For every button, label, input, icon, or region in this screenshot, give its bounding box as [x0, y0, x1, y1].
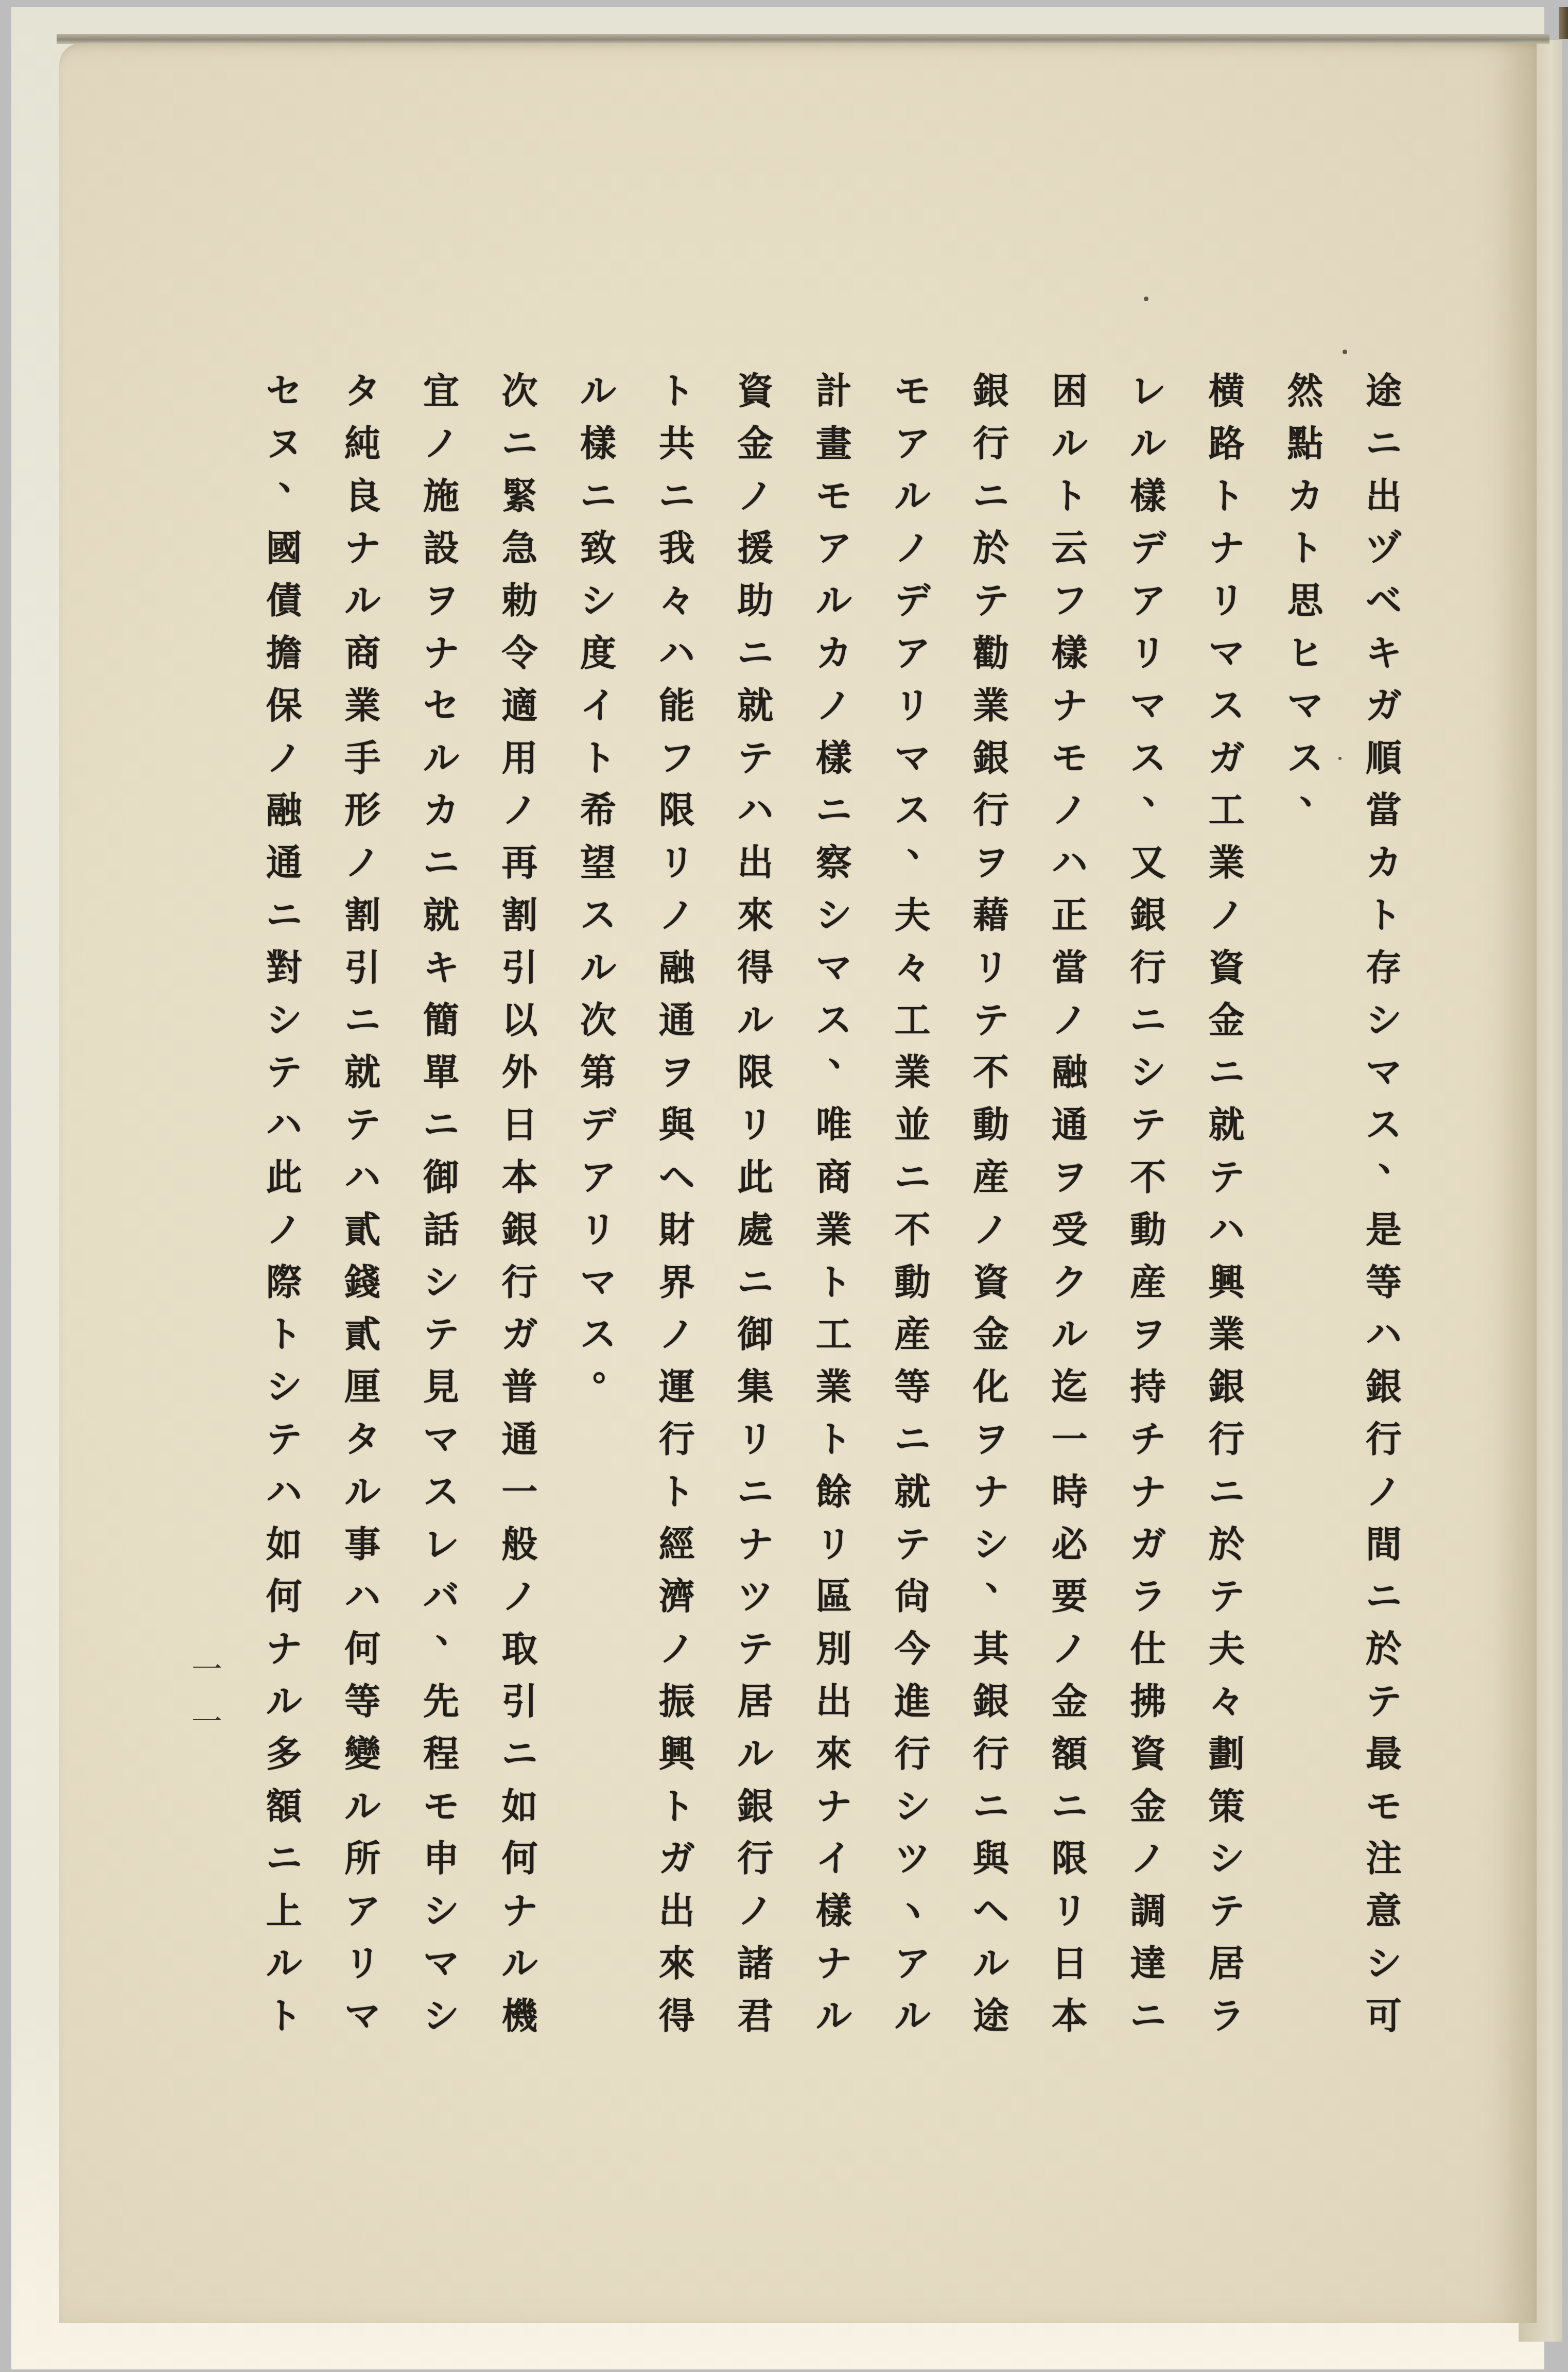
glyph: 機: [499, 1990, 540, 2043]
glyph: ル: [735, 995, 776, 1047]
glyph: 銀: [970, 366, 1012, 418]
glyph: 路: [1206, 418, 1247, 471]
glyph: ヽ: [892, 1885, 933, 1938]
glyph: 所: [342, 1833, 383, 1885]
glyph: 、: [276, 451, 317, 504]
glyph: 純: [342, 418, 383, 471]
glyph: ノ: [264, 1204, 305, 1257]
glyph: テ: [892, 1519, 933, 1571]
glyph: 金: [970, 1309, 1012, 1361]
glyph: ト: [656, 366, 698, 418]
glyph: 限: [656, 785, 698, 837]
glyph: 調: [1127, 1885, 1169, 1938]
glyph: 點: [1284, 418, 1326, 471]
glyph: 々: [892, 942, 933, 995]
glyph: ニ: [499, 418, 540, 471]
glyph: マ: [1127, 680, 1169, 733]
glyph: ル: [1127, 418, 1169, 471]
glyph: 何: [499, 1833, 540, 1885]
glyph: 樣: [813, 1885, 855, 1938]
glyph: シ: [1127, 1047, 1169, 1099]
glyph: ハ: [264, 1466, 305, 1519]
glyph: テ: [735, 733, 776, 785]
glyph: 割: [499, 890, 540, 942]
binding-corner: [1559, 7, 1568, 39]
glyph: 第: [578, 1047, 619, 1099]
glyph: 。: [590, 1342, 631, 1394]
glyph: ハ: [1049, 837, 1090, 890]
glyph: 御: [421, 1152, 462, 1204]
glyph: 當: [1049, 942, 1090, 995]
glyph: 然: [1284, 366, 1326, 418]
glyph: 動: [1127, 1204, 1169, 1257]
glyph: ノ: [264, 733, 305, 785]
glyph: 金: [1206, 995, 1247, 1047]
glyph: ル: [735, 1728, 776, 1781]
glyph: 今: [892, 1623, 933, 1676]
glyph: 際: [264, 1257, 305, 1309]
glyph: 間: [1363, 1519, 1404, 1571]
text-column-11: ル樣ニ致シ度イト希望スル次第デアリマス。: [578, 366, 619, 1414]
glyph: ノ: [421, 418, 462, 471]
glyph: ハ: [735, 785, 776, 837]
glyph: 不: [892, 1204, 933, 1257]
glyph: ニ: [264, 1833, 305, 1885]
glyph: シ: [892, 1781, 933, 1833]
glyph: 業: [342, 680, 383, 733]
glyph: ヲ: [1049, 1152, 1090, 1204]
text-column-9: 資金ノ援助ニ就テハ出來得ル限リ此處ニ御集リニナツテ居ル銀行ノ諸君: [735, 366, 776, 2043]
glyph: 取: [499, 1623, 540, 1676]
glyph: リ: [342, 1938, 383, 1990]
glyph: 工: [813, 1309, 855, 1361]
glyph: 興: [1206, 1257, 1247, 1309]
glyph: 何: [342, 1623, 383, 1676]
glyph: 樣: [813, 733, 855, 785]
glyph: 存: [1363, 942, 1404, 995]
glyph: ル: [264, 1938, 305, 1990]
glyph: 財: [656, 1204, 698, 1257]
glyph: 進: [892, 1676, 933, 1728]
glyph: イ: [578, 680, 619, 733]
glyph: 就: [1206, 1099, 1247, 1152]
glyph: テ: [970, 575, 1012, 628]
glyph: 國: [264, 523, 305, 575]
glyph: ハ: [1363, 1309, 1404, 1361]
glyph: ニ: [1363, 1571, 1404, 1623]
glyph: ス: [1206, 680, 1247, 733]
glyph: 通: [656, 995, 698, 1047]
glyph: タ: [342, 1414, 383, 1466]
glyph: 當: [1363, 785, 1404, 837]
glyph: 就: [421, 890, 462, 942]
glyph: 、: [904, 818, 945, 870]
glyph: 出: [1363, 471, 1404, 523]
glyph: 保: [264, 680, 305, 733]
glyph: ナ: [1049, 680, 1090, 733]
glyph: ベ: [1363, 575, 1404, 628]
glyph: ス: [421, 1466, 462, 1519]
glyph: ニ: [892, 1152, 933, 1204]
glyph: ハ: [342, 1571, 383, 1623]
glyph: 來: [656, 1938, 698, 1990]
glyph: 資: [1127, 1728, 1169, 1781]
glyph: 産: [970, 1152, 1012, 1204]
glyph: ナ: [499, 1885, 540, 1938]
glyph: ノ: [342, 837, 383, 890]
glyph: マ: [892, 733, 933, 785]
glyph: 普: [499, 1361, 540, 1414]
glyph: モ: [1363, 1781, 1404, 1833]
text-column-8: 計畫モアルカノ樣ニ察シマス、唯商業ト工業ト餘リ區別出來ナイ樣ナル: [813, 366, 855, 2043]
glyph: 商: [813, 1152, 855, 1204]
glyph: 業: [813, 1204, 855, 1257]
glyph: ニ: [421, 837, 462, 890]
glyph: ハ: [656, 628, 698, 680]
glyph: 希: [578, 785, 619, 837]
glyph: テ: [421, 1309, 462, 1361]
glyph: 居: [1206, 1938, 1247, 1990]
glyph: ニ: [892, 1414, 933, 1466]
glyph: 先: [421, 1676, 462, 1728]
glyph: 集: [735, 1361, 776, 1414]
glyph: 就: [892, 1466, 933, 1519]
glyph: シ: [421, 1885, 462, 1938]
glyph: 金: [1049, 1676, 1090, 1728]
glyph: 來: [735, 890, 776, 942]
glyph: 等: [1363, 1257, 1404, 1309]
glyph: ア: [892, 1938, 933, 1990]
glyph: ア: [892, 628, 933, 680]
glyph: ト: [1206, 471, 1247, 523]
glyph: ト: [264, 1990, 305, 2043]
glyph: 引: [499, 942, 540, 995]
glyph: 出: [735, 837, 776, 890]
glyph: 唯: [813, 1099, 855, 1152]
glyph: リ: [656, 837, 698, 890]
glyph: 行: [1363, 1414, 1404, 1466]
glyph: 商: [342, 628, 383, 680]
glyph: ヲ: [970, 1414, 1012, 1466]
glyph: 上: [264, 1885, 305, 1938]
glyph: 不: [1127, 1152, 1169, 1204]
glyph: 此: [735, 1152, 776, 1204]
glyph: 振: [656, 1676, 698, 1728]
glyph: 藉: [970, 890, 1012, 942]
glyph: 劃: [1206, 1728, 1247, 1781]
glyph: ニ: [1127, 995, 1169, 1047]
glyph: ナ: [970, 1466, 1012, 1519]
glyph: 設: [421, 523, 462, 575]
glyph: ニ: [1206, 1047, 1247, 1099]
glyph: 諸: [735, 1938, 776, 1990]
glyph: イ: [813, 1833, 855, 1885]
glyph: 等: [342, 1676, 383, 1728]
glyph: フ: [656, 733, 698, 785]
glyph: ア: [342, 1885, 383, 1938]
glyph: 業: [1206, 1309, 1247, 1361]
glyph: 來: [813, 1728, 855, 1781]
glyph: ル: [342, 575, 383, 628]
glyph: 意: [1363, 1885, 1404, 1938]
glyph: 宜: [421, 366, 462, 418]
glyph: ニ: [970, 471, 1012, 523]
glyph: 、: [826, 1027, 867, 1080]
glyph: マ: [1284, 680, 1326, 733]
glyph: セ: [421, 680, 462, 733]
glyph: ニ: [421, 1099, 462, 1152]
glyph: 得: [735, 942, 776, 995]
glyph: 横: [1206, 366, 1247, 418]
glyph: 餘: [813, 1466, 855, 1519]
glyph: 我: [656, 523, 698, 575]
glyph: 共: [656, 418, 698, 471]
glyph: テ: [264, 1047, 305, 1099]
glyph: 君: [735, 1990, 776, 2043]
glyph: 別: [813, 1623, 855, 1676]
glyph: 工: [892, 995, 933, 1047]
glyph: 就: [342, 1047, 383, 1099]
glyph: 融: [264, 785, 305, 837]
glyph: ヒ: [1284, 628, 1326, 680]
glyph: 工: [1206, 785, 1247, 837]
glyph: 一: [186, 1696, 228, 1749]
glyph: 御: [735, 1309, 776, 1361]
glyph: 産: [1127, 1257, 1169, 1309]
glyph: 動: [970, 1099, 1012, 1152]
glyph: 持: [1127, 1361, 1169, 1414]
glyph: 申: [421, 1833, 462, 1885]
text-column-1: 途ニ出ヅベキガ順當カト存シマス、是等ハ銀行ノ間ニ於テ最モ注意シ可: [1363, 366, 1404, 2043]
glyph: リ: [578, 1204, 619, 1257]
glyph: ノ: [1049, 995, 1090, 1047]
glyph: ヘ: [656, 1152, 698, 1204]
glyph: ル: [892, 471, 933, 523]
glyph: 銀: [970, 733, 1012, 785]
glyph: シ: [578, 575, 619, 628]
glyph: 見: [421, 1361, 462, 1414]
glyph: 割: [342, 890, 383, 942]
glyph: ノ: [1049, 1623, 1090, 1676]
glyph: ト: [578, 733, 619, 785]
text-column-3: 横路トナリマスガ工業ノ資金ニ就テハ興業銀行ニ於テ夫々劃策シテ居ラ: [1206, 366, 1247, 2043]
glyph: 注: [1363, 1833, 1404, 1885]
glyph: 尙: [892, 1571, 933, 1623]
glyph: 望: [578, 837, 619, 890]
glyph: リ: [735, 1414, 776, 1466]
glyph: 施: [421, 471, 462, 523]
glyph: 形: [342, 785, 383, 837]
glyph: ラ: [1206, 1990, 1247, 2043]
glyph: 通: [499, 1414, 540, 1466]
glyph: マ: [813, 942, 855, 995]
glyph: 如: [499, 1781, 540, 1833]
glyph: 何: [264, 1571, 305, 1623]
glyph: ノ: [970, 1204, 1012, 1257]
glyph: カ: [1284, 471, 1326, 523]
glyph: 次: [499, 366, 540, 418]
glyph: 錢: [342, 1257, 383, 1309]
glyph: 助: [735, 575, 776, 628]
glyph: ニ: [264, 890, 305, 942]
glyph: ル: [342, 1781, 383, 1833]
glyph: 界: [656, 1257, 698, 1309]
glyph: 銀: [499, 1204, 540, 1257]
glyph: 行: [735, 1833, 776, 1885]
glyph: リ: [813, 1519, 855, 1571]
glyph: ニ: [735, 1466, 776, 1519]
glyph: 金: [1127, 1781, 1169, 1833]
glyph: 變: [342, 1728, 383, 1781]
glyph: 處: [735, 1204, 776, 1257]
scanned-page-canvas: 途ニ出ヅベキガ順當カト存シマス、是等ハ銀行ノ間ニ於テ最モ注意シ可 然點カト思ヒマ…: [0, 0, 1568, 2372]
glyph: 濟: [656, 1571, 698, 1623]
glyph: ト: [656, 1781, 698, 1833]
glyph: テ: [342, 1099, 383, 1152]
glyph: 思: [1284, 575, 1326, 628]
text-column-5: 困ルト云フ樣ナモノハ正當ノ融通ヲ受クル迄一時必要ノ金額ニ限リ日本: [1049, 366, 1090, 2043]
glyph: シ: [421, 1257, 462, 1309]
glyph: 與: [970, 1833, 1012, 1885]
glyph: ノ: [813, 680, 855, 733]
glyph: ノ: [1363, 1466, 1404, 1519]
glyph: ト: [264, 1309, 305, 1361]
glyph: 日: [1049, 1938, 1090, 1990]
glyph: リ: [735, 1099, 776, 1152]
glyph: ル: [264, 1676, 305, 1728]
glyph: テ: [1206, 1571, 1247, 1623]
glyph: 令: [499, 628, 540, 680]
glyph: 、: [983, 1551, 1024, 1604]
glyph: タ: [342, 366, 383, 418]
glyph: 、: [433, 1604, 474, 1656]
glyph: 出: [813, 1676, 855, 1728]
glyph: ノ: [1206, 890, 1247, 942]
glyph: 途: [1363, 366, 1404, 418]
glyph: ト: [813, 1257, 855, 1309]
glyph: 察: [813, 837, 855, 890]
glyph: セ: [264, 366, 305, 418]
glyph: 運: [656, 1361, 698, 1414]
glyph: 引: [342, 942, 383, 995]
glyph: 手: [342, 733, 383, 785]
glyph: 再: [499, 837, 540, 890]
glyph: 資: [1206, 942, 1247, 995]
text-column-12: 次ニ緊急勅令適用ノ再割引以外日本銀行ガ普通一般ノ取引ニ如何ナル機: [499, 366, 540, 2043]
glyph: ヲ: [421, 575, 462, 628]
glyph: 興: [656, 1728, 698, 1781]
glyph: 業: [892, 1047, 933, 1099]
glyph: ル: [970, 1938, 1012, 1990]
glyph: 於: [1363, 1623, 1404, 1676]
glyph: 拂: [1127, 1676, 1169, 1728]
glyph: ト: [813, 1414, 855, 1466]
glyph: 與: [656, 1099, 698, 1152]
glyph: 致: [578, 523, 619, 575]
glyph: 勸: [970, 628, 1012, 680]
glyph: リ: [970, 942, 1012, 995]
glyph: マ: [1206, 628, 1247, 680]
glyph: 並: [892, 1099, 933, 1152]
glyph: テ: [735, 1623, 776, 1676]
glyph: 受: [1049, 1204, 1090, 1257]
glyph: ア: [892, 418, 933, 471]
glyph: 不: [970, 1047, 1012, 1099]
glyph: 迄: [1049, 1361, 1090, 1414]
glyph: 其: [970, 1623, 1012, 1676]
glyph: 、: [1297, 765, 1338, 818]
glyph: リ: [1049, 1885, 1090, 1938]
glyph: マ: [421, 1414, 462, 1466]
glyph: ハ: [1206, 1204, 1247, 1257]
glyph: ガ: [1127, 1519, 1169, 1571]
page-top-edge-shadow: [57, 34, 1549, 44]
glyph: 策: [1206, 1781, 1247, 1833]
glyph: 引: [499, 1676, 540, 1728]
glyph: 業: [813, 1361, 855, 1414]
glyph: ナ: [421, 628, 462, 680]
glyph: 々: [656, 575, 698, 628]
glyph: 化: [970, 1361, 1012, 1414]
glyph: マ: [578, 1257, 619, 1309]
glyph: シ: [264, 1361, 305, 1414]
glyph: テ: [1363, 1676, 1404, 1728]
glyph: 行: [656, 1414, 698, 1466]
text-column-14: タ純良ナル商業手形ノ割引ニ就テハ貳錢貳厘タル事ハ何等變ル所アリマ: [342, 366, 383, 2043]
glyph: シ: [813, 890, 855, 942]
glyph: 就: [735, 680, 776, 733]
glyph: ル: [421, 733, 462, 785]
glyph: ノ: [656, 1623, 698, 1676]
glyph: 限: [1049, 1833, 1090, 1885]
glyph: ト: [1363, 890, 1404, 942]
glyph: 擔: [264, 628, 305, 680]
glyph: ニ: [813, 785, 855, 837]
glyph: 此: [264, 1152, 305, 1204]
glyph: 達: [1127, 1938, 1169, 1990]
glyph: ト: [1284, 523, 1326, 575]
glyph: 話: [421, 1204, 462, 1257]
glyph: カ: [813, 628, 855, 680]
glyph: 援: [735, 523, 776, 575]
glyph: 融: [656, 942, 698, 995]
glyph: ト: [656, 1466, 698, 1519]
glyph: 多: [264, 1728, 305, 1781]
glyph: ヲ: [656, 1047, 698, 1099]
text-column-7: モアルノデアリマス、夫々工業並ニ不動産等ニ就テ尙今進行シツヽアル: [892, 366, 933, 2043]
glyph: 樣: [578, 418, 619, 471]
glyph: 困: [1049, 366, 1090, 418]
glyph: シ: [1206, 1833, 1247, 1885]
glyph: ノ: [656, 1309, 698, 1361]
glyph: 金: [735, 418, 776, 471]
glyph: ス: [578, 890, 619, 942]
glyph: ナ: [1206, 523, 1247, 575]
glyph: テ: [264, 1414, 305, 1466]
glyph: モ: [892, 366, 933, 418]
glyph: ア: [813, 523, 855, 575]
glyph: ル: [342, 1466, 383, 1519]
glyph: リ: [892, 680, 933, 733]
glyph: デ: [892, 575, 933, 628]
glyph: 行: [970, 1728, 1012, 1781]
glyph: 限: [735, 1047, 776, 1099]
glyph: 本: [1049, 1990, 1090, 2043]
glyph: テ: [1206, 1152, 1247, 1204]
glyph: 行: [970, 785, 1012, 837]
glyph: ヅ: [1363, 523, 1404, 575]
glyph: 資: [970, 1257, 1012, 1309]
